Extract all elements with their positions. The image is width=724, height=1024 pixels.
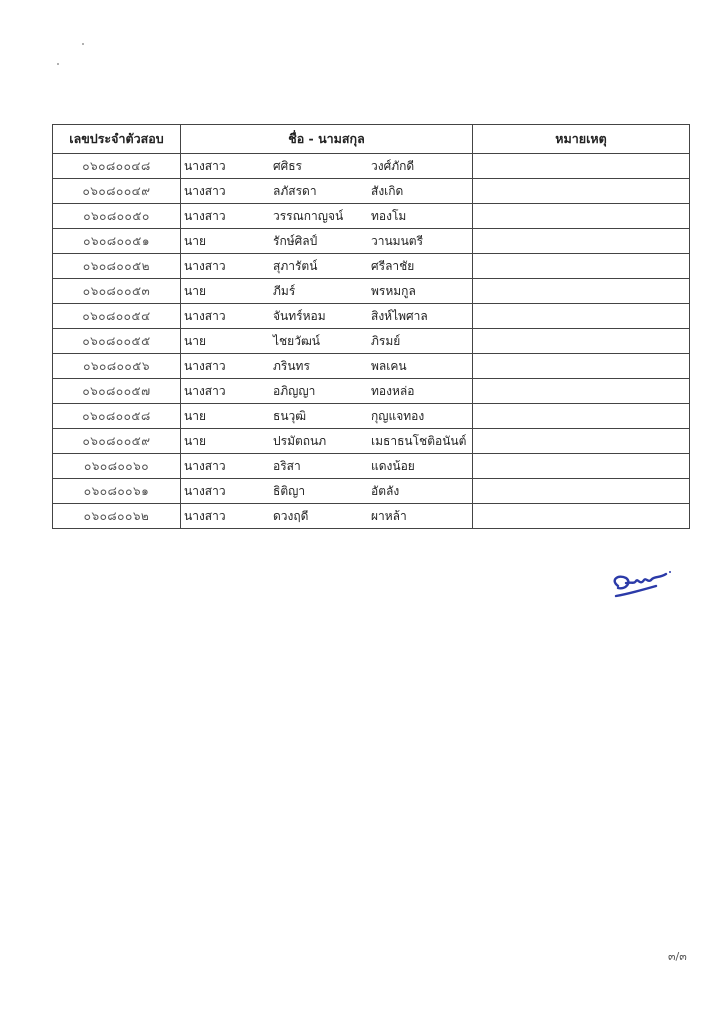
header-exam-id: เลขประจำตัวสอบ (53, 125, 181, 154)
last-name: สิงห์ไพศาล (371, 304, 428, 328)
name-title: นางสาว (184, 254, 226, 278)
remark (473, 254, 690, 279)
exam-id: ๐๖๐๘๐๐๕๖ (53, 354, 181, 379)
full-name: นางสาวธิติญาอัตลัง (181, 479, 473, 504)
remark (473, 179, 690, 204)
candidate-table: เลขประจำตัวสอบ ชื่อ - นามสกุล หมายเหตุ ๐… (52, 124, 690, 529)
first-name: ศศิธร (273, 154, 302, 178)
first-name: ไชยวัฒน์ (273, 329, 320, 353)
exam-id: ๐๖๐๘๐๐๕๗ (53, 379, 181, 404)
last-name: ทองหล่อ (371, 379, 414, 403)
last-name: ภิรมย์ (371, 329, 400, 353)
table-row: ๐๖๐๘๐๐๕๑นายรักษ์ศิลป์วานมนตรี (53, 229, 690, 254)
remark (473, 229, 690, 254)
full-name: นางสาววรรณกาญจน์ทองโม (181, 204, 473, 229)
last-name: พรหมกูล (371, 279, 416, 303)
first-name: จันทร์หอม (273, 304, 326, 328)
first-name: ภรินทร (273, 354, 310, 378)
first-name: ลภัสรดา (273, 179, 317, 203)
name-title: นาย (184, 279, 206, 303)
full-name: นางสาวอภิญญาทองหล่อ (181, 379, 473, 404)
first-name: สุภารัตน์ (273, 254, 317, 278)
first-name: ภีมร์ (273, 279, 295, 303)
first-name: ปรมัตถนภ (273, 429, 326, 453)
full-name: นางสาวศศิธรวงศ์ภักดี (181, 154, 473, 179)
table-row: ๐๖๐๘๐๐๖๐นางสาวอริสาแดงน้อย (53, 454, 690, 479)
exam-id: ๐๖๐๘๐๐๕๙ (53, 429, 181, 454)
exam-id: ๐๖๐๘๐๐๕๒ (53, 254, 181, 279)
scan-speck (82, 43, 84, 45)
table-row: ๐๖๐๘๐๐๔๘นางสาวศศิธรวงศ์ภักดี (53, 154, 690, 179)
first-name: ธนวุฒิ (273, 404, 306, 428)
first-name: วรรณกาญจน์ (273, 204, 343, 228)
last-name: แดงน้อย (371, 454, 415, 478)
full-name: นางสาวจันทร์หอมสิงห์ไพศาล (181, 304, 473, 329)
name-title: นาย (184, 404, 206, 428)
exam-id: ๐๖๐๘๐๐๕๕ (53, 329, 181, 354)
last-name: ทองโม (371, 204, 406, 228)
table-row: ๐๖๐๘๐๐๕๒นางสาวสุภารัตน์ศรีลาชัย (53, 254, 690, 279)
name-title: นางสาว (184, 154, 226, 178)
table-row: ๐๖๐๘๐๐๕๔นางสาวจันทร์หอมสิงห์ไพศาล (53, 304, 690, 329)
full-name: นางสาวอริสาแดงน้อย (181, 454, 473, 479)
header-full-name: ชื่อ - นามสกุล (181, 125, 473, 154)
first-name: ดวงฤดี (273, 504, 308, 528)
table-row: ๐๖๐๘๐๐๕๗นางสาวอภิญญาทองหล่อ (53, 379, 690, 404)
first-name: อริสา (273, 454, 301, 478)
name-title: นาย (184, 229, 206, 253)
first-name: รักษ์ศิลป์ (273, 229, 317, 253)
last-name: พลเคน (371, 354, 407, 378)
remark (473, 279, 690, 304)
exam-id: ๐๖๐๘๐๐๖๐ (53, 454, 181, 479)
full-name: นางสาวดวงฤดีผาหล้า (181, 504, 473, 529)
name-title: นางสาว (184, 479, 226, 503)
last-name: วงศ์ภักดี (371, 154, 414, 178)
full-name: นายรักษ์ศิลป์วานมนตรี (181, 229, 473, 254)
signature (604, 566, 684, 606)
table-row: ๐๖๐๘๐๐๕๐นางสาววรรณกาญจน์ทองโม (53, 204, 690, 229)
first-name: ธิติญา (273, 479, 305, 503)
last-name: วานมนตรี (371, 229, 423, 253)
exam-id: ๐๖๐๘๐๐๕๘ (53, 404, 181, 429)
header-remarks: หมายเหตุ (473, 125, 690, 154)
exam-id: ๐๖๐๘๐๐๕๑ (53, 229, 181, 254)
last-name: เมธาธนโชติอนันต์ (371, 429, 466, 453)
full-name: นางสาวสุภารัตน์ศรีลาชัย (181, 254, 473, 279)
remark (473, 404, 690, 429)
exam-id: ๐๖๐๘๐๐๔๘ (53, 154, 181, 179)
name-title: นางสาว (184, 504, 226, 528)
remark (473, 429, 690, 454)
exam-id: ๐๖๐๘๐๐๖๑ (53, 479, 181, 504)
table-row: ๐๖๐๘๐๐๕๙นายปรมัตถนภเมธาธนโชติอนันต์ (53, 429, 690, 454)
table-header-row: เลขประจำตัวสอบ ชื่อ - นามสกุล หมายเหตุ (53, 125, 690, 154)
exam-id: ๐๖๐๘๐๐๕๔ (53, 304, 181, 329)
remark (473, 354, 690, 379)
last-name: ผาหล้า (371, 504, 407, 528)
name-title: นางสาว (184, 354, 226, 378)
remark (473, 304, 690, 329)
exam-id: ๐๖๐๘๐๐๖๒ (53, 504, 181, 529)
name-title: นาย (184, 429, 206, 453)
exam-id: ๐๖๐๘๐๐๕๓ (53, 279, 181, 304)
remark (473, 454, 690, 479)
last-name: สังเกิด (371, 179, 403, 203)
remark (473, 479, 690, 504)
full-name: นางสาวภรินทรพลเคน (181, 354, 473, 379)
remark (473, 379, 690, 404)
full-name: นายไชยวัฒน์ภิรมย์ (181, 329, 473, 354)
page-number: ๓/๓ (668, 947, 687, 965)
table-row: ๐๖๐๘๐๐๕๘นายธนวุฒิกุญแจทอง (53, 404, 690, 429)
exam-id: ๐๖๐๘๐๐๔๙ (53, 179, 181, 204)
full-name: นายภีมร์พรหมกูล (181, 279, 473, 304)
name-title: นางสาว (184, 379, 226, 403)
table-row: ๐๖๐๘๐๐๔๙นางสาวลภัสรดาสังเกิด (53, 179, 690, 204)
exam-id: ๐๖๐๘๐๐๕๐ (53, 204, 181, 229)
last-name: ศรีลาชัย (371, 254, 414, 278)
table-row: ๐๖๐๘๐๐๖๒นางสาวดวงฤดีผาหล้า (53, 504, 690, 529)
name-title: นางสาว (184, 454, 226, 478)
last-name: กุญแจทอง (371, 404, 424, 428)
name-title: นางสาว (184, 179, 226, 203)
name-title: นาย (184, 329, 206, 353)
last-name: อัตลัง (371, 479, 399, 503)
full-name: นางสาวลภัสรดาสังเกิด (181, 179, 473, 204)
table-row: ๐๖๐๘๐๐๖๑นางสาวธิติญาอัตลัง (53, 479, 690, 504)
table-row: ๐๖๐๘๐๐๕๓นายภีมร์พรหมกูล (53, 279, 690, 304)
remark (473, 154, 690, 179)
first-name: อภิญญา (273, 379, 315, 403)
remark (473, 329, 690, 354)
full-name: นายธนวุฒิกุญแจทอง (181, 404, 473, 429)
name-title: นางสาว (184, 304, 226, 328)
scan-speck (57, 63, 59, 65)
table-row: ๐๖๐๘๐๐๕๕นายไชยวัฒน์ภิรมย์ (53, 329, 690, 354)
full-name: นายปรมัตถนภเมธาธนโชติอนันต์ (181, 429, 473, 454)
remark (473, 504, 690, 529)
name-title: นางสาว (184, 204, 226, 228)
remark (473, 204, 690, 229)
table-row: ๐๖๐๘๐๐๕๖นางสาวภรินทรพลเคน (53, 354, 690, 379)
